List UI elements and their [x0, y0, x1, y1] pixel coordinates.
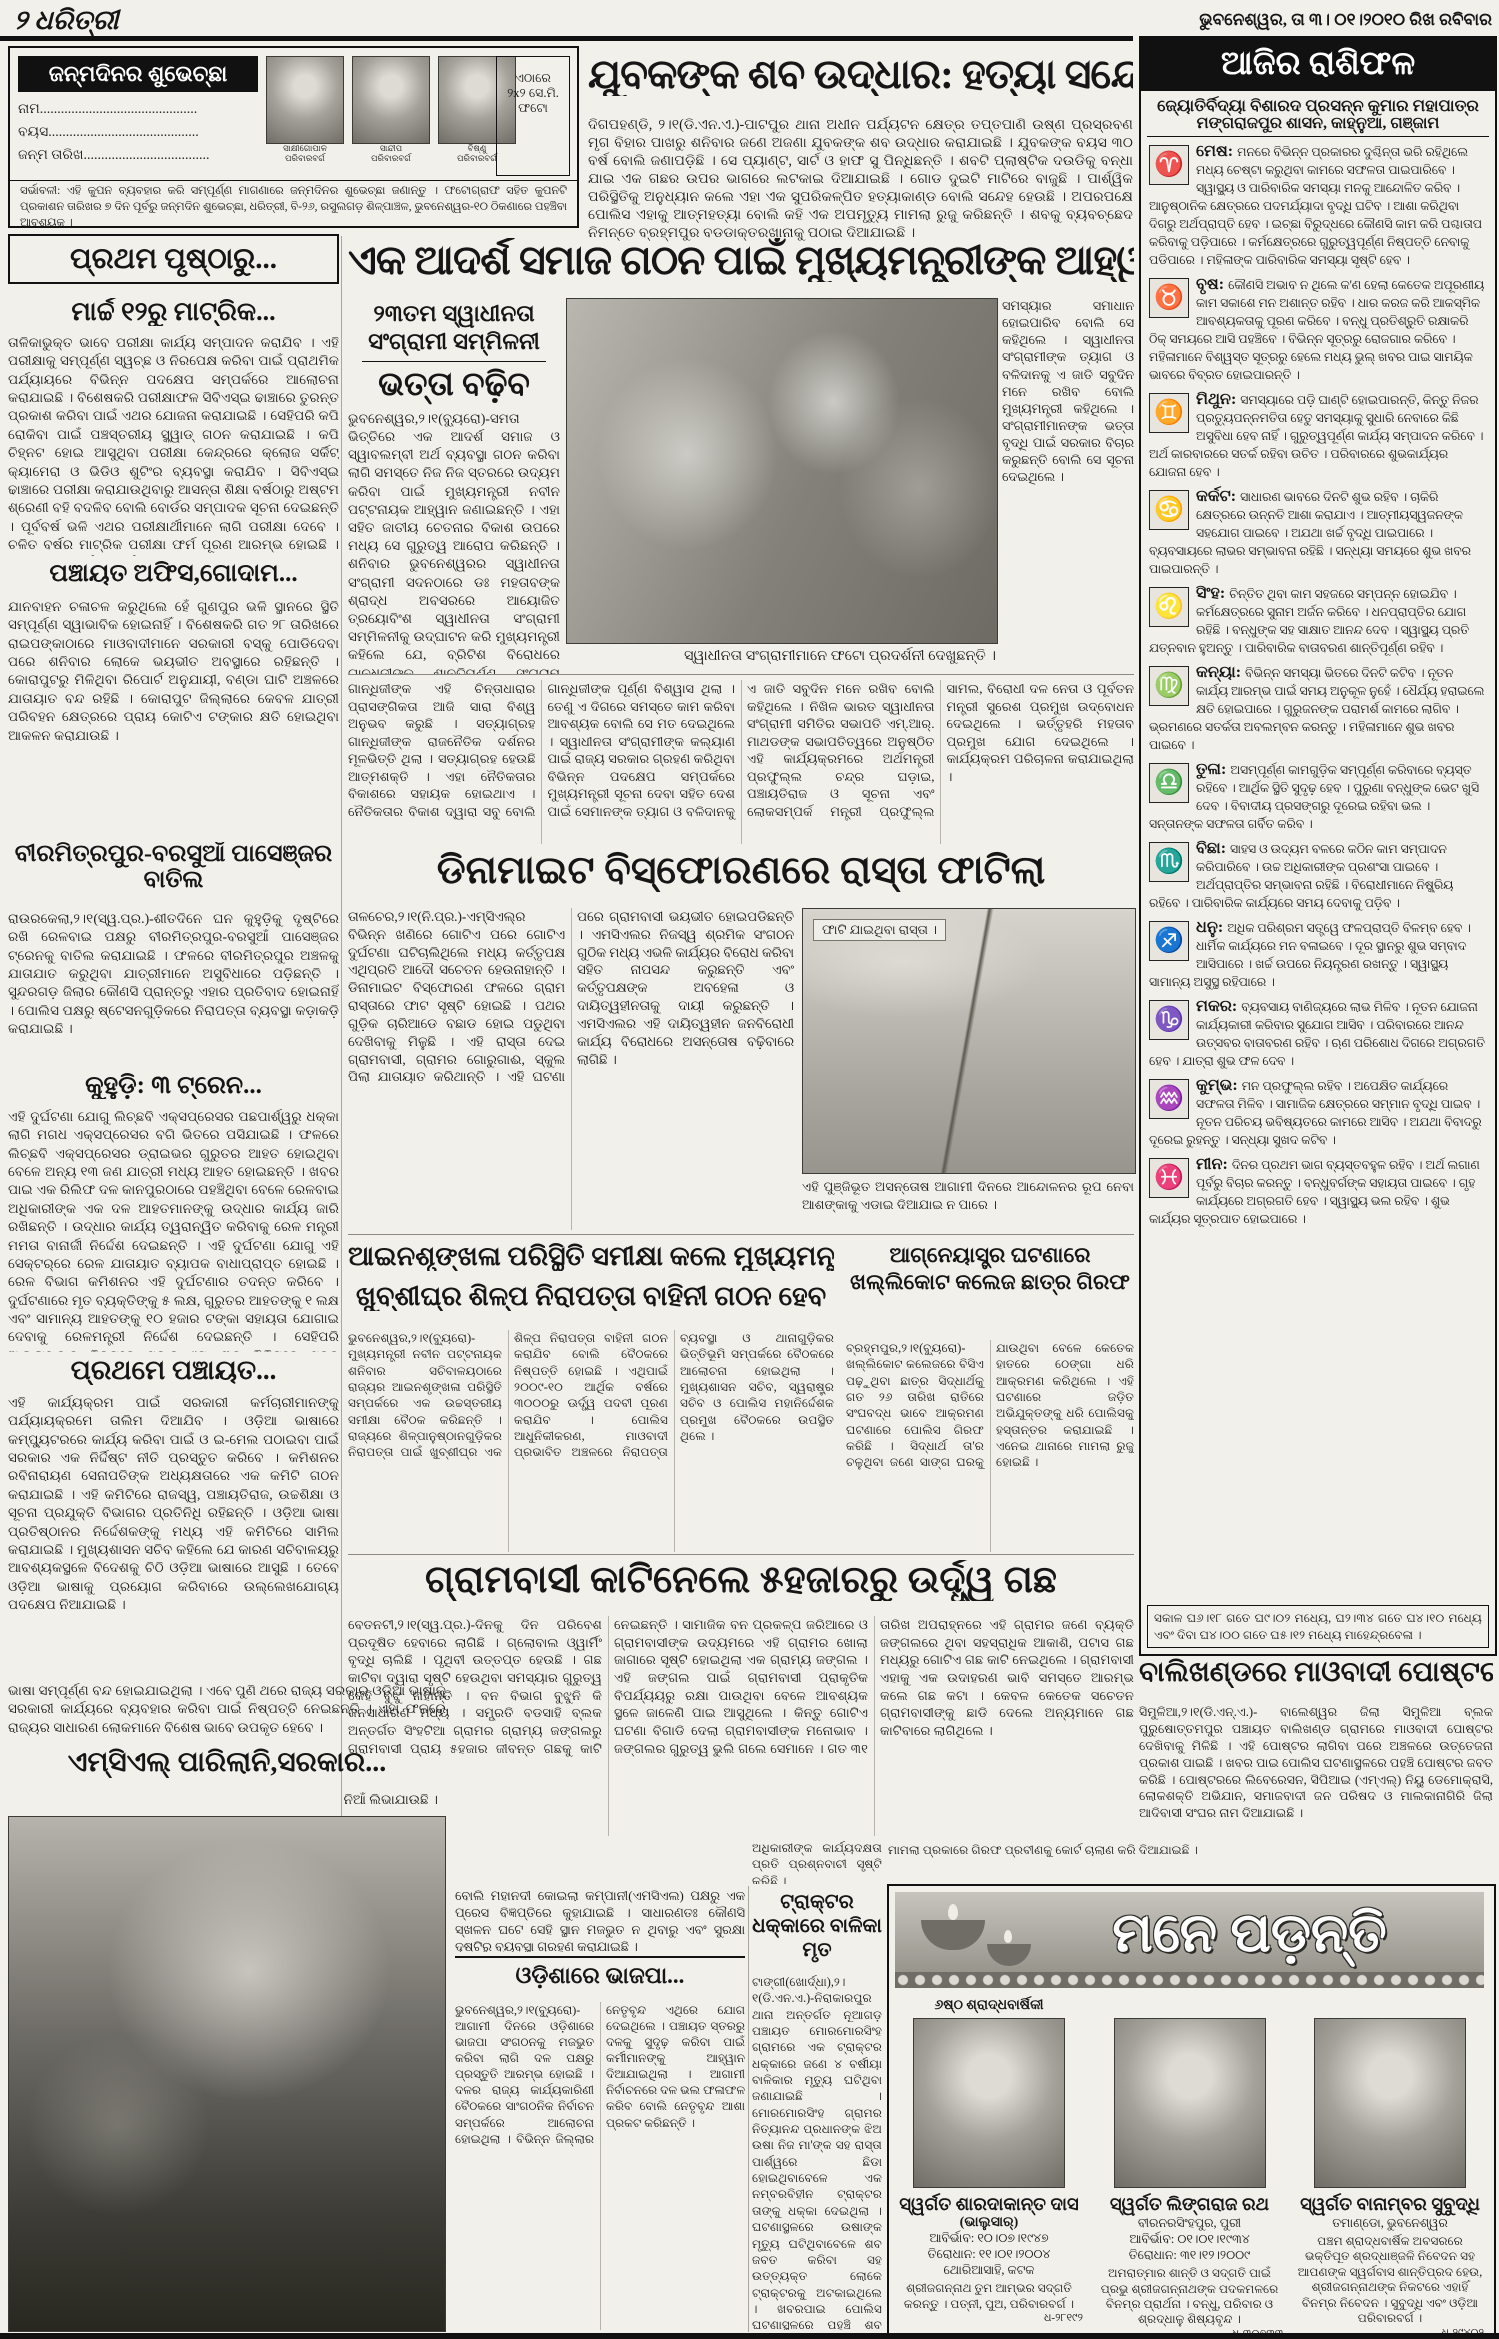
memoriam-line2: ଆବିର୍ଭାବ: ୦୧।୦୧।୧୯୩୪ [1096, 2231, 1284, 2247]
memoriam-card: ସ୍ୱର୍ଗତ ଲିଙ୍ଗରାଜ ରଥ ବୀରନରସିଂହପୁର, ପୁରୀ ଆ… [1096, 1998, 1284, 2339]
khallikote-tail-a: ଅଧିକାରୀଙ୍କ କାର୍ଯ୍ୟଦକ୍ଷତା ପ୍ରତି ପ୍ରଶ୍ନବାଚ… [752, 1840, 882, 1884]
memoriam-name: ସ୍ୱର୍ଗତ ଲିଙ୍ଗରାଜ ରଥ [1096, 2194, 1284, 2215]
memoriam-line3: ଥୋରିଆସାହି, କଟକ [895, 2262, 1083, 2278]
birthday-photo [266, 56, 344, 144]
zodiac-icon: ♐ [1149, 921, 1189, 961]
panchayat-office-body: ଯାନବାହନ ଚଳାଚଳ କରୁଥିଲେ ହେଁ ଗୁଣପୁର ଭଳି ସ୍ଥ… [8, 598, 339, 838]
maoist-body: ସିମୁଳିଆ,୨।୧(ଡି.ଏନ୍.ଏ.)- ବାଲେଶ୍ୱର ଜିଲା ସି… [1139, 1704, 1493, 1878]
memoriam-subname: (ଭାଲୁସାର୍) [895, 2215, 1083, 2230]
zodiac-icon: ♊ [1149, 393, 1189, 433]
birthday-title: ଜନ୍ମଦିନର ଶୁଭେଚ୍ଛା [18, 56, 258, 92]
memoriam-photo [1314, 2018, 1466, 2188]
cm-subhead2: ଭତ୍ତା ବଢ଼ିବ [348, 368, 560, 404]
horoscope-entry: ♐ଧନୁ: ଅଧିକ ପରିଶ୍ରମ ସତ୍ତ୍ୱେ ଫଳପ୍ରାପ୍ତି ବି… [1149, 919, 1487, 991]
memoriam-line1: ତମାଣ୍ଡୋ, ଭୁବନେଶ୍ୱର [1296, 2215, 1484, 2231]
zodiac-name: ବିଛା: [1196, 840, 1226, 857]
photo-required-line3: ଫଟୋ [497, 101, 569, 116]
law-order-headline: ଆଇନଶୃଙ୍ଖଳା ପରିସ୍ଥିତି ସମୀକ୍ଷା କଲେ ମୁଖ୍ୟମନ… [348, 1242, 834, 1271]
maoist-headline: ବାଲିଖଣ୍ଡରେ ମାଓବାଦୀ ପୋଷ୍ଟର [1139, 1658, 1493, 1688]
zodiac-name: ମିଥୁନ: [1196, 391, 1236, 408]
dynamite-headline: ଡିନାମାଇଟ ବିସ୍ଫୋରଣରେ ରାସ୍ତା ଫାଟିଲା [348, 850, 1134, 892]
zodiac-name: ମକର: [1196, 998, 1237, 1015]
cm-right-column: ସମସ୍ୟାର ସମାଧାନ ହୋଇପାରିବ ବୋଲି ସେ କହିଥିଲେ … [1002, 298, 1134, 670]
cm-subhead-rule [362, 361, 546, 362]
memoriam-name: ସ୍ୱର୍ଗତ ବାନାମ୍ବର ସୁବୁଦ୍ଧି [1296, 2194, 1484, 2215]
bjp-headline: ଓଡ଼ିଶାରେ ଭାଜପା... [455, 1964, 745, 1989]
memoriam-cards: ୬ଷ୍ଠ ଶ୍ରାଦ୍ଧବାର୍ଷିକୀ ସ୍ୱର୍ଗତ ଶାରଦାକାନ୍ତ … [895, 1998, 1484, 2339]
khallikote-headline: ଆଗ୍ନେୟାସ୍ତ୍ର ଘଟଣାରେ ଖଲ୍ଲିକୋଟ କଲେଜ ଛାତ୍ର … [846, 1242, 1134, 1334]
zodiac-icon: ♏ [1149, 842, 1189, 882]
birthday-photo-label2: ପରିବାରବର୍ଗ [352, 154, 430, 164]
zodiac-icon: ♑ [1149, 1000, 1189, 1040]
tractor-headline: ଟ୍ରାକ୍ଟର ଧକ୍କାରେ ବାଳିକା ମୃତ [752, 1890, 882, 1968]
trees-divider [348, 1554, 1134, 1555]
zodiac-name: କୁମ୍ଭ: [1196, 1077, 1238, 1094]
zodiac-name: ତୁଳା: [1196, 761, 1226, 778]
diya-flame-icon [948, 1904, 958, 1920]
photo-required-line2: ୨x୨ ସେ.ମି. [497, 86, 569, 101]
newspaper-page: ୨ ଧରିତ୍ରୀ ଭୁବନେଶ୍ୱର, ତା ୩। ୦୧।୨୦୧୦ ରିଖ ର… [0, 0, 1499, 2339]
photo-required-box: ଏଠାରେ ୨x୨ ସେ.ମି. ଫଟୋ [496, 56, 570, 176]
fog-body: ଏହି ଦୁର୍ଘଟଣା ଯୋଗୁ ଲିଚ୍ଛବି ଏକ୍ସପ୍ରେସର ପଛପ… [8, 1108, 339, 1352]
horoscope-entry: ♍କନ୍ୟା: ବିଭିନ୍ନ ସମସ୍ୟା ଭିତରେ ଦିନଟି କଟିବ … [1149, 664, 1487, 754]
road-photo-caption: ଫାଟି ଯାଇଥିବା ରାସ୍ତା । [813, 919, 946, 941]
zodiac-name: କର୍କଟ: [1196, 488, 1236, 505]
memoriam-tribute: ଅମରାତ୍ମାର ଶାନ୍ତି ଓ ସଦ୍‌ଗତି ପାଇଁ ପ୍ରଭୁ ଶ୍… [1096, 2266, 1284, 2328]
bjp-rule [455, 1956, 745, 1958]
zodiac-text: କୌଣସି ଅଭାବ ନ ଥିଲେ କ'ଣ ହେଲା କେତେକ ଅପୂରଣୀୟ… [1149, 278, 1484, 382]
masthead-dateline: ଭୁବନେଶ୍ୱର, ତା ୩। ୦୧।୨୦୧୦ ରିଖ ରବିବାର [1000, 10, 1492, 30]
cm-photo-caption: ସ୍ୱାଧୀନତା ସଂଗ୍ରାମୀମାନେ ଫଟୋ ପ୍ରଦର୍ଶନୀ ଦେଖ… [566, 648, 996, 665]
birthday-field-name: ନାମ.....................................… [18, 102, 258, 118]
cm-divider [348, 674, 1134, 675]
horoscope-entry: ♋କର୍କଟ: ସାଧାରଣ ଭାବରେ ଦିନଟି ଶୁଭ ରହିବ । ଚା… [1149, 488, 1487, 578]
memoriam-photo [913, 2018, 1065, 2188]
diya-lamp-icon [921, 1920, 985, 1950]
horoscope-entry: ♓ମୀନ: ଦିନର ପ୍ରଥମ ଭାଗ ବ୍ୟସ୍ତବହୁଳ ରହିବ । ଅ… [1149, 1156, 1487, 1228]
tractor-body: ଟାଙ୍ଗୀ(ଖୋର୍ଦ୍ଧା),୨।୧(ଡି.ଏନ.ଏ.)-ନିରାକାରପୁ… [752, 1974, 882, 2330]
cm-headline: ଏକ ଆଦର୍ଶ ସମାଜ ଗଠନ ପାଇଁ ମୁଖ୍ୟମନ୍ତ୍ରୀଙ୍କ ଆ… [348, 238, 1134, 282]
khallikote-body: ବ୍ରହ୍ମପୁର,୨।୧(ବ୍ୟୁରୋ)-ଖଲ୍ଲିକୋଟ କଲେଜରେ ବି… [846, 1340, 1134, 1552]
bjp-body: ଭୁବନେଶ୍ୱର,୨।୧(ବ୍ୟୁରୋ)-ଆଗାମୀ ଦିନରେ ଓଡ଼ିଶା… [455, 2002, 745, 2330]
birthday-coupon-box: ଜନ୍ମଦିନର ଶୁଭେଚ୍ଛା ନାମ...................… [8, 46, 579, 228]
horoscope-entry: ♈ମେଷ: ମନରେ ବିଭିନ୍ନ ପ୍ରକାରର ଦୁଶ୍ଚିନ୍ତା ଭର… [1149, 143, 1487, 269]
passenger-body: ରାଉରକେଲା,୨।୧(ସ୍ୱ.ପ୍ର.)-ଶୀତଦିନେ ଘନ କୁହୁଡ଼… [8, 910, 339, 1068]
zodiac-icon: ♈ [1149, 145, 1189, 185]
freedom-fighters-photo [566, 298, 998, 644]
horoscope-entry: ♌ସିଂହ: ଚିନ୍ତିତ ଥିବା କାମ ସହଜରେ ସମ୍ପନ୍ନ ହୋ… [1149, 585, 1487, 657]
passenger-headline: ବୀରମିତ୍ରପୁର-ବରସୁଆଁ ପାସେଞ୍ଜର ବାତିଲ [8, 842, 339, 904]
zodiac-icon: ♒ [1149, 1079, 1189, 1119]
horoscope-list: ♈ମେଷ: ମନରେ ବିଭିନ୍ନ ପ୍ରକାରର ଦୁଶ୍ଚିନ୍ତା ଭର… [1141, 143, 1495, 1535]
zodiac-icon: ♉ [1149, 278, 1189, 318]
cm-body-columns: ଗାନ୍ଧିଜୀଙ୍କ ଏହି ଚିନ୍ତାଧାରାର ପ୍ରାସଙ୍ଗିକତା… [348, 680, 1134, 844]
memoriam-pre-label [1096, 1998, 1284, 2018]
horoscope-address: ମଙ୍ଗରାଜପୁର ଶାସନ, କାହ୍ନୁଆ, ଗଞ୍ଜାମ [1147, 115, 1489, 137]
from-first-page-header: ପ୍ରଥମ ପୃଷ୍ଠାରୁ... [8, 234, 339, 284]
panchayat-office-headline: ପଞ୍ଚାୟତ ଅଫିସ,ଗୋଦାମ... [8, 560, 339, 587]
bottom-rule [0, 2333, 1499, 2339]
horoscope-astrologer: ଜ୍ୟୋତିର୍ବିଦ୍ୟା ବିଶାରଦ ପ୍ରସନ୍ନ କୁମାର ମହାପ… [1147, 97, 1489, 115]
memoriam-line3: ତିରୋଧାନ: ୩୧।୧୨।୨୦୦୯ [1096, 2247, 1284, 2263]
memoriam-line1: ବୀରନରସିଂହପୁର, ପୁରୀ [1096, 2215, 1284, 2231]
birthday-field-dob: ଜନ୍ମ ତାରିଖ..............................… [18, 148, 258, 164]
mcl-body-continued: ବୋଲି ମହାନଦୀ କୋଇଲା କମ୍ପାନୀ(ଏମସିଏଲ) ପକ୍ଷରୁ… [455, 1888, 745, 1952]
cm-left-column: ୨୩ତମ ସ୍ୱାଧୀନତା ସଂଗ୍ରାମୀ ସମ୍ମିଳନୀ ଭତ୍ତା ବ… [348, 300, 560, 674]
masthead-rule [0, 36, 1133, 41]
cm-body1: ଭୁବନେଶ୍ୱର,୨।୧(ବ୍ୟୁରୋ)-ସମତା ଭିତ୍ତିରେ ଏକ ଆ… [348, 410, 560, 674]
diya-flame-icon-small [1004, 1930, 1012, 1943]
dynamite-body: ତାଳଚେର,୨।୧(ନି.ପ୍ର.)-ଏମ୍‌ସିଏଲ୍‌ର ବିଭିନ୍ନ … [348, 908, 794, 1230]
birthday-photo-label2: ପରିବାରବର୍ଗ [266, 154, 344, 164]
zodiac-icon: ♓ [1149, 1158, 1189, 1198]
birthday-left: ଜନ୍ମଦିନର ଶୁଭେଚ୍ଛା ନାମ...................… [18, 56, 258, 164]
horoscope-entry: ♎ତୁଳା: ଅସମ୍ପୂର୍ଣ୍ଣ କାମଗୁଡ଼ିକ ସମ୍ପୂର୍ଣ୍ଣ … [1149, 761, 1487, 833]
horoscope-footer: ସକାଳ ଘ୬।୧୮ ଗତେ ଘ୯।୦୨ ମଧ୍ୟେ, ଘ୨।୩୪ ଗତେ ଘ୪… [1147, 1605, 1489, 1648]
zodiac-text: ସାହସ ଓ ଉଦ୍ୟମ ବଳରେ କଠିନ କାମ ସମ୍ପାଦନ କରିପା… [1149, 842, 1453, 910]
murder-body: ଦିଗପହଣ୍ଡି, ୨।୧(ଡି.ଏନ.ଏ.)-ପାଟପୁର ଥାନା ଅଧୀ… [588, 116, 1133, 244]
memoriam-card: ୬ଷ୍ଠ ଶ୍ରାଦ୍ଧବାର୍ଷିକୀ ସ୍ୱର୍ଗତ ଶାରଦାକାନ୍ତ … [895, 1998, 1083, 2339]
murder-headline: ଯୁବକଙ୍କ ଶବ ଉଦ୍ଧାର: ହତ୍ୟା ସନ୍ଦେହ [588, 52, 1133, 96]
zodiac-icon: ♍ [1149, 666, 1189, 706]
zodiac-icon: ♎ [1149, 763, 1189, 803]
zodiac-icon: ♋ [1149, 490, 1189, 530]
matric-body: ତାଳିକାଭୁକ୍ତ ଭାବେ ପରୀକ୍ଷା କାର୍ଯ୍ୟ ସମ୍ପାଦନ… [8, 334, 339, 556]
horoscope-title: ଆଜିର ରାଶିଫଳ [1141, 38, 1495, 91]
birthday-terms: ସର୍ଭାବଳୀ: ଏହି କୁପନ ବ୍ୟବହାର କରି ସମ୍ପୂର୍ଣ୍… [10, 180, 577, 226]
memoriam-tribute: ପଞ୍ଚମ ଶ୍ରାଦ୍ଧବାର୍ଷିକ ଅବସରରେ ଭକ୍ତିପୂତ ଶ୍ର… [1296, 2234, 1484, 2327]
mcl-fire-photo [8, 1816, 446, 2332]
memoriam-banner: ମନେ ପଡ଼ନ୍ତି [895, 1892, 1484, 1988]
law-order-subhead: ଖୁବ୍‌ଶୀଘ୍ର ଶିଳ୍ପ ନିରାପତ୍ତା ବାହିନୀ ଗଠନ ହେ… [348, 1282, 834, 1311]
dynamite-body-below-photo: ଏହି ପୁଞ୍ଜିଭୂତ ଅସନ୍ତୋଷ ଆଗାମୀ ଦିନରେ ଆନ୍ଦୋଳ… [802, 1178, 1134, 1230]
memoriam-ref-number: ଧ-୨୮୧୯୨ [895, 2312, 1083, 2325]
memoriam-line1: ଆବିର୍ଭାବ: ୧୦।୦୭।୧୯୪୭ [895, 2230, 1083, 2246]
memoriam-name: ସ୍ୱର୍ଗତ ଶାରଦାକାନ୍ତ ଦାସ [895, 2194, 1083, 2215]
photo-required-line1: ଏଠାରେ [497, 71, 569, 86]
column-rule-tractor-left [748, 1886, 749, 2332]
trees-headline: ଗ୍ରାମବାସୀ କାଟିନେଲେ ୫ହଜାରରୁ ଉର୍ଦ୍ଧ୍ୱ ଗଛ [348, 1560, 1134, 1601]
panchayat-first-headline: ପ୍ରଥମେ ପଞ୍ଚାୟତ... [8, 1356, 339, 1385]
horoscope-box: ଆଜିର ରାଶିଫଳ ଜ୍ୟୋତିର୍ବିଦ୍ୟା ବିଶାରଦ ପ୍ରସନ୍… [1139, 36, 1497, 1656]
memoriam-line2: ତିରୋଧାନ: ୧୧।୦୧।୨୦୦୪ [895, 2246, 1083, 2262]
horoscope-entry: ♉ବୃଷ: କୌଣସି ଅଭାବ ନ ଥିଲେ କ'ଣ ହେଲା କେତେକ ଅ… [1149, 276, 1487, 384]
zodiac-name: ମେଷ: [1196, 143, 1233, 160]
memoriam-box: ମନେ ପଡ଼ନ୍ତି ୬ଷ୍ଠ ଶ୍ରାଦ୍ଧବାର୍ଷିକୀ ସ୍ୱର୍ଗତ… [887, 1884, 1496, 2336]
memoriam-pre-label [1296, 1998, 1484, 2018]
horoscope-entry: ♊ମିଥୁନ: ସମସ୍ୟାରେ ପଡ଼ି ଘାଣ୍ଟି ହୋଇପାରନ୍ତି,… [1149, 391, 1487, 481]
memoriam-title: ମନେ ପଡ଼ନ୍ତି [1015, 1902, 1484, 1965]
birthday-photo [352, 56, 430, 144]
law-divider [348, 1234, 1134, 1235]
birthday-photo-cell: ସାକ୍ଷୀଗୋପାଳ ପରିବାରବର୍ଗ [266, 56, 344, 164]
zodiac-name: ଧନୁ: [1196, 919, 1223, 936]
horoscope-entry: ♑ମକର: ବ୍ୟବସାୟ ବାଣିଜ୍ୟରେ ଲାଭ ମିଳିବ । ନୂତନ… [1149, 998, 1487, 1070]
memoriam-photo [1114, 2018, 1266, 2188]
birthday-photo-cell: ସାନ୍ଦୀପ ପରିବାରବର୍ଗ [352, 56, 430, 164]
cracked-road-photo: ଫାଟି ଯାଇଥିବା ରାସ୍ତା । [802, 908, 1136, 1174]
horoscope-entry: ♏ବିଛା: ସାହସ ଓ ଉଦ୍ୟମ ବଳରେ କଠିନ କାମ ସମ୍ପାଦ… [1149, 840, 1487, 912]
panchayat-first-body: ଏହି କାର୍ଯ୍ୟକ୍ରମ ପାଇଁ ସରକାରୀ କର୍ମଚାରୀମାନଙ… [8, 1394, 339, 1678]
matric-headline: ମାର୍ଚ୍ଚ ୧୨ରୁ ମାଟ୍ରିକ... [8, 298, 339, 326]
horoscope-entry: ♒କୁମ୍ଭ: ମନ ପ୍ରଫୁଲ୍ଲ ରହିବ । ଅପେକ୍ଷିତ କାର୍… [1149, 1077, 1487, 1149]
column-rule-left [341, 236, 342, 1880]
zodiac-name: ବୃଷ: [1196, 276, 1224, 293]
memoriam-card: ସ୍ୱର୍ଗତ ବାନାମ୍ବର ସୁବୁଦ୍ଧି ତମାଣ୍ଡୋ, ଭୁବନେ… [1296, 1998, 1484, 2339]
trees-body: ବେତନଟୀ,୨।୧(ସ୍ୱ.ପ୍ର.)-ଦିନକୁ ଦିନ ପରିବେଶ ପ୍… [348, 1616, 1134, 1836]
zodiac-name: ମୀନ: [1196, 1156, 1228, 1173]
cm-subhead1: ୨୩ତମ ସ୍ୱାଧୀନତା ସଂଗ୍ରାମୀ ସମ୍ମିଳନୀ [348, 300, 560, 355]
zodiac-icon: ♌ [1149, 587, 1189, 627]
memoriam-pre-label: ୬ଷ୍ଠ ଶ୍ରାଦ୍ଧବାର୍ଷିକୀ [895, 1998, 1083, 2018]
zodiac-text: ମନରେ ବିଭିନ୍ନ ପ୍ରକାରର ଦୁଶ୍ଚିନ୍ତା ଭରି ରହିଥ… [1149, 145, 1482, 267]
zodiac-name: ସିଂହ: [1196, 585, 1225, 602]
law-order-body: ଭୁବନେଶ୍ୱର,୨।୧(ବ୍ୟୁରୋ)-ମୁଖ୍ୟମନ୍ତ୍ରୀ ନବୀନ … [348, 1330, 834, 1552]
memoriam-tribute: ଶ୍ରୀଜଗନ୍ନାଥ ତୁମ ଆମ୍ଭର ସଦ୍‌ଗତି କରନ୍ତୁ । ପ… [895, 2281, 1083, 2312]
fog-headline: କୁହୁଡ଼ି: ୩ ଟ୍ରେନ... [8, 1072, 339, 1099]
birthday-field-age: ବୟସ.....................................… [18, 125, 258, 141]
masthead-logo: ୨ ଧରିତ୍ରୀ [14, 6, 344, 35]
zodiac-name: କନ୍ୟା: [1196, 664, 1241, 681]
garland-strip [895, 1972, 1484, 1988]
